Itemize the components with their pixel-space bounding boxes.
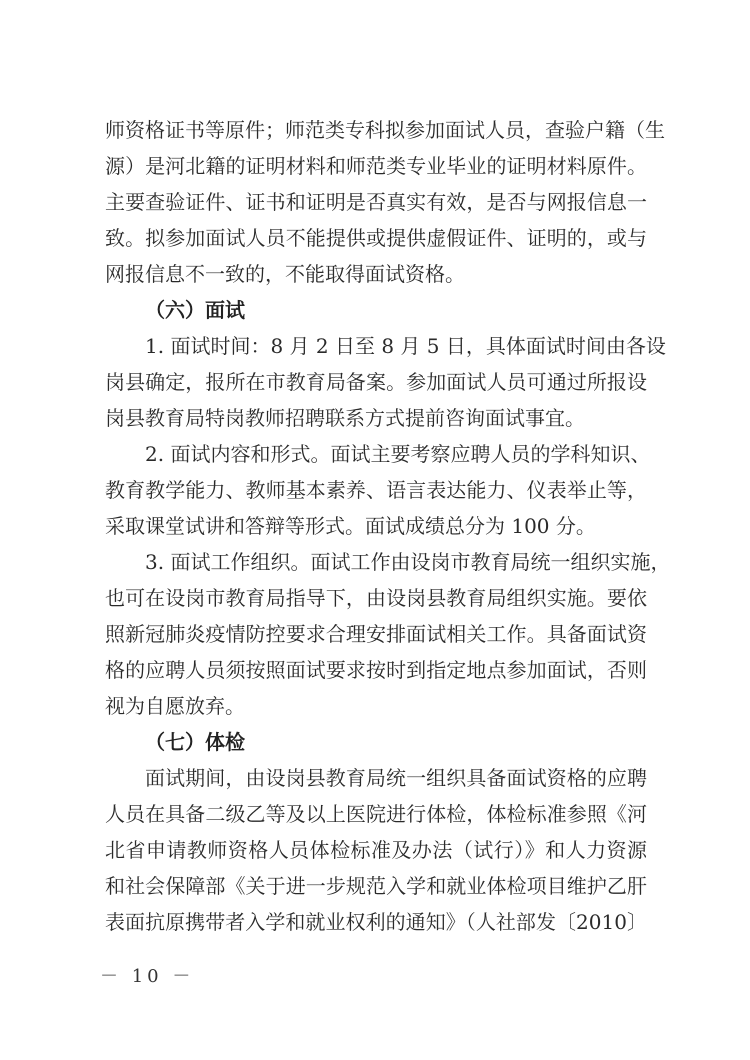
paragraph-line: 源）是河北籍的证明材料和师范类专业毕业的证明材料原件。 bbox=[105, 148, 647, 184]
paragraph-line: 表面抗原携带者入学和就业权利的通知》（人社部发〔2010〕 bbox=[105, 904, 647, 940]
paragraph-line: 人员在具备二级乙等及以上医院进行体检，体检标准参照《河 bbox=[105, 796, 647, 832]
paragraph-line: 北省申请教师资格人员体检标准及办法（试行）》和人力资源 bbox=[105, 832, 647, 868]
paragraph-line: 岗县确定，报所在市教育局备案。参加面试人员可通过所报设 bbox=[105, 364, 647, 400]
section-heading-interview: （六）面试 bbox=[145, 292, 245, 328]
paragraph-line: 网报信息不一致的，不能取得面试资格。 bbox=[105, 256, 647, 292]
paragraph-line: 师资格证书等原件；师范类专科拟参加面试人员，查验户籍（生 bbox=[105, 112, 647, 148]
document-page: 师资格证书等原件；师范类专科拟参加面试人员，查验户籍（生 源）是河北籍的证明材料… bbox=[0, 0, 750, 1060]
section-heading-physical-exam: （七）体检 bbox=[145, 724, 245, 760]
paragraph-line: 视为自愿放弃。 bbox=[105, 688, 647, 724]
paragraph-line: 也可在设岗市教育局指导下，由设岗县教育局组织实施。要依 bbox=[105, 580, 647, 616]
paragraph-line: 致。拟参加面试人员不能提供或提供虚假证件、证明的，或与 bbox=[105, 220, 647, 256]
paragraph-line: 面试期间，由设岗县教育局统一组织具备面试资格的应聘 bbox=[145, 760, 647, 796]
paragraph-line: 格的应聘人员须按照面试要求按时到指定地点参加面试，否则 bbox=[105, 652, 647, 688]
paragraph-line: 3. 面试工作组织。面试工作由设岗市教育局统一组织实施， bbox=[145, 544, 647, 580]
page-number: － 10 － bbox=[100, 962, 194, 988]
paragraph-line: 采取课堂试讲和答辩等形式。面试成绩总分为 100 分。 bbox=[105, 508, 647, 544]
paragraph-line: 2. 面试内容和形式。面试主要考察应聘人员的学科知识、 bbox=[145, 436, 647, 472]
paragraph-line: 教育教学能力、教师基本素养、语言表达能力、仪表举止等， bbox=[105, 472, 647, 508]
paragraph-line: 1. 面试时间：8 月 2 日至 8 月 5 日，具体面试时间由各设 bbox=[145, 328, 647, 364]
paragraph-line: 和社会保障部《关于进一步规范入学和就业体检项目维护乙肝 bbox=[105, 868, 647, 904]
paragraph-line: 照新冠肺炎疫情防控要求合理安排面试相关工作。具备面试资 bbox=[105, 616, 647, 652]
paragraph-line: 主要查验证件、证书和证明是否真实有效，是否与网报信息一 bbox=[105, 184, 647, 220]
paragraph-line: 岗县教育局特岗教师招聘联系方式提前咨询面试事宜。 bbox=[105, 400, 647, 436]
